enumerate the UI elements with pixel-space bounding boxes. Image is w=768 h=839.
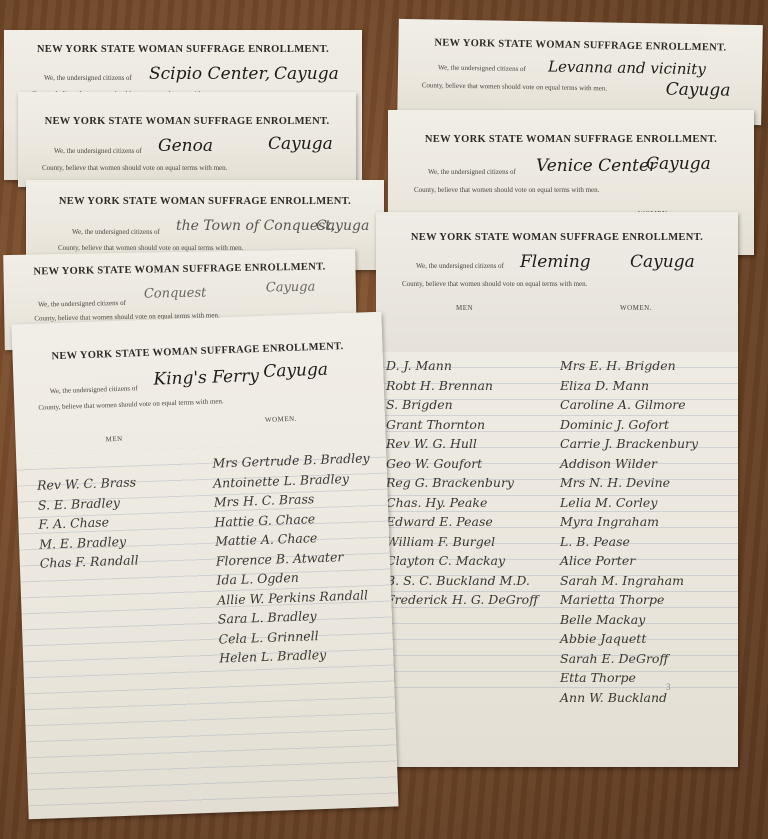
signature: Etta Thorpe <box>560 668 698 688</box>
county-name: Cayuga <box>263 360 328 382</box>
town-name: Conquest <box>144 286 207 302</box>
town-name: Venice Center <box>536 156 657 176</box>
men-column-label: MEN <box>456 304 473 312</box>
form-line2: County, believe that women should vote o… <box>38 397 224 411</box>
signature: Edward E. Pease <box>386 512 538 532</box>
men-signature-list: D. J. MannRobt H. BrennanS. BrigdenGrant… <box>386 356 538 610</box>
form-title: NEW YORK STATE WOMAN SUFFRAGE ENROLLMENT… <box>3 261 355 278</box>
form-line1: We, the undersigned citizens of <box>38 299 126 309</box>
signature: L. B. Pease <box>560 532 698 552</box>
form-title: NEW YORK STATE WOMAN SUFFRAGE ENROLLMENT… <box>376 232 738 243</box>
signature: Rev W. G. Hull <box>386 434 538 454</box>
signature: D. J. Mann <box>386 356 538 376</box>
enrollment-sheet-fleming: NEW YORK STATE WOMAN SUFFRAGE ENROLLMENT… <box>376 212 738 767</box>
county-name: Cayuga <box>630 252 695 272</box>
signature: Lelia M. Corley <box>560 493 698 513</box>
form-title: NEW YORK STATE WOMAN SUFFRAGE ENROLLMENT… <box>4 44 362 55</box>
signature: Mrs E. H. Brigden <box>560 356 698 376</box>
form-title: NEW YORK STATE WOMAN SUFFRAGE ENROLMENT. <box>18 116 356 127</box>
signature: William F. Burgel <box>386 532 538 552</box>
signature: Belle Mackay <box>560 610 698 630</box>
signature: Geo W. Goufort <box>386 454 538 474</box>
men-signature-list: Rev W. C. BrassS. E. BradleyF. A. ChaseM… <box>37 472 139 573</box>
form-line1: We, the undersigned citizens of <box>54 147 142 155</box>
town-name: Fleming <box>520 252 591 272</box>
town-name: Genoa <box>158 136 213 156</box>
county-name: Cayuga <box>268 134 333 154</box>
form-line2: County, believe that women should vote o… <box>402 280 587 288</box>
signature: Marietta Thorpe <box>560 590 698 610</box>
county-name: Cayuga <box>666 79 731 100</box>
county-name: Cayuga <box>266 280 316 296</box>
signature: Eliza D. Mann <box>560 376 698 396</box>
women-signature-list: Mrs E. H. BrigdenEliza D. MannCaroline A… <box>560 356 698 707</box>
form-line1: We, the undersigned citizens of <box>72 228 160 236</box>
enrollment-sheet-kings-ferry: NEW YORK STATE WOMAN SUFFRAGE ENROLLMENT… <box>11 312 398 820</box>
signature: Rev W. C. Brass <box>37 472 137 495</box>
county-name: Cayuga <box>274 64 339 84</box>
town-name: Scipio Center, <box>149 64 270 84</box>
town-name: the Town of Conquest, <box>176 218 335 234</box>
signature: Carrie J. Brackenbury <box>560 434 698 454</box>
signature: Grant Thornton <box>386 415 538 435</box>
form-line2: County, believe that women should vote o… <box>414 186 599 194</box>
county-name: Cayuga <box>646 154 711 174</box>
signature: Clayton C. Mackay <box>386 551 538 571</box>
signature: Sarah E. DeGroff <box>560 649 698 669</box>
signature: Sarah M. Ingraham <box>560 571 698 591</box>
form-line2: County, believe that women should vote o… <box>42 164 227 172</box>
signature: Chas F. Randall <box>39 550 139 573</box>
women-column-label: WOMEN. <box>265 415 297 424</box>
form-title: NEW YORK STATE WOMAN SUFFRAGE ENROLLMENT… <box>26 196 384 207</box>
enrollment-sheet-genoa: NEW YORK STATE WOMAN SUFFRAGE ENROLMENT.… <box>18 92 356 187</box>
signature: Mrs N. H. Devine <box>560 473 698 493</box>
signature: B. S. C. Buckland M.D. <box>386 571 538 591</box>
women-column-label: WOMEN. <box>620 304 652 312</box>
form-title: NEW YORK STATE WOMAN SUFFRAGE ENROLLMENT… <box>388 134 754 145</box>
signature: Chas. Hy. Peake <box>386 493 538 513</box>
town-name: King's Ferry <box>153 366 259 390</box>
form-title: NEW YORK STATE WOMAN SUFFRAGE ENROLLMENT… <box>398 37 762 54</box>
county-name: Cayuga <box>316 218 369 234</box>
form-line1: We, the undersigned citizens of <box>44 74 132 82</box>
form-line2: County, believe that women should vote o… <box>422 81 608 92</box>
signature: Frederick H. G. DeGroff <box>386 590 538 610</box>
women-signature-list: Mrs Gertrude B. BradleyAntoinette L. Bra… <box>212 448 377 668</box>
men-column-label: MEN <box>105 435 122 444</box>
form-line1: We, the undersigned citizens of <box>428 168 516 176</box>
signature: S. Brigden <box>386 395 538 415</box>
form-line1: We, the undersigned citizens of <box>438 64 526 74</box>
signature: Addison Wilder <box>560 454 698 474</box>
signature: Myra Ingraham <box>560 512 698 532</box>
page-number: 3 <box>666 682 671 692</box>
signature: Reg G. Brackenbury <box>386 473 538 493</box>
signature: Dominic J. Gofort <box>560 415 698 435</box>
form-line1: We, the undersigned citizens of <box>50 384 138 395</box>
form-line1: We, the undersigned citizens of <box>416 262 504 270</box>
town-name: Levanna and vicinity <box>548 57 706 78</box>
signature: Robt H. Brennan <box>386 376 538 396</box>
signature: Alice Porter <box>560 551 698 571</box>
signature: Abbie Jaquett <box>560 629 698 649</box>
signature: Caroline A. Gilmore <box>560 395 698 415</box>
signature: Ann W. Buckland <box>560 688 698 708</box>
